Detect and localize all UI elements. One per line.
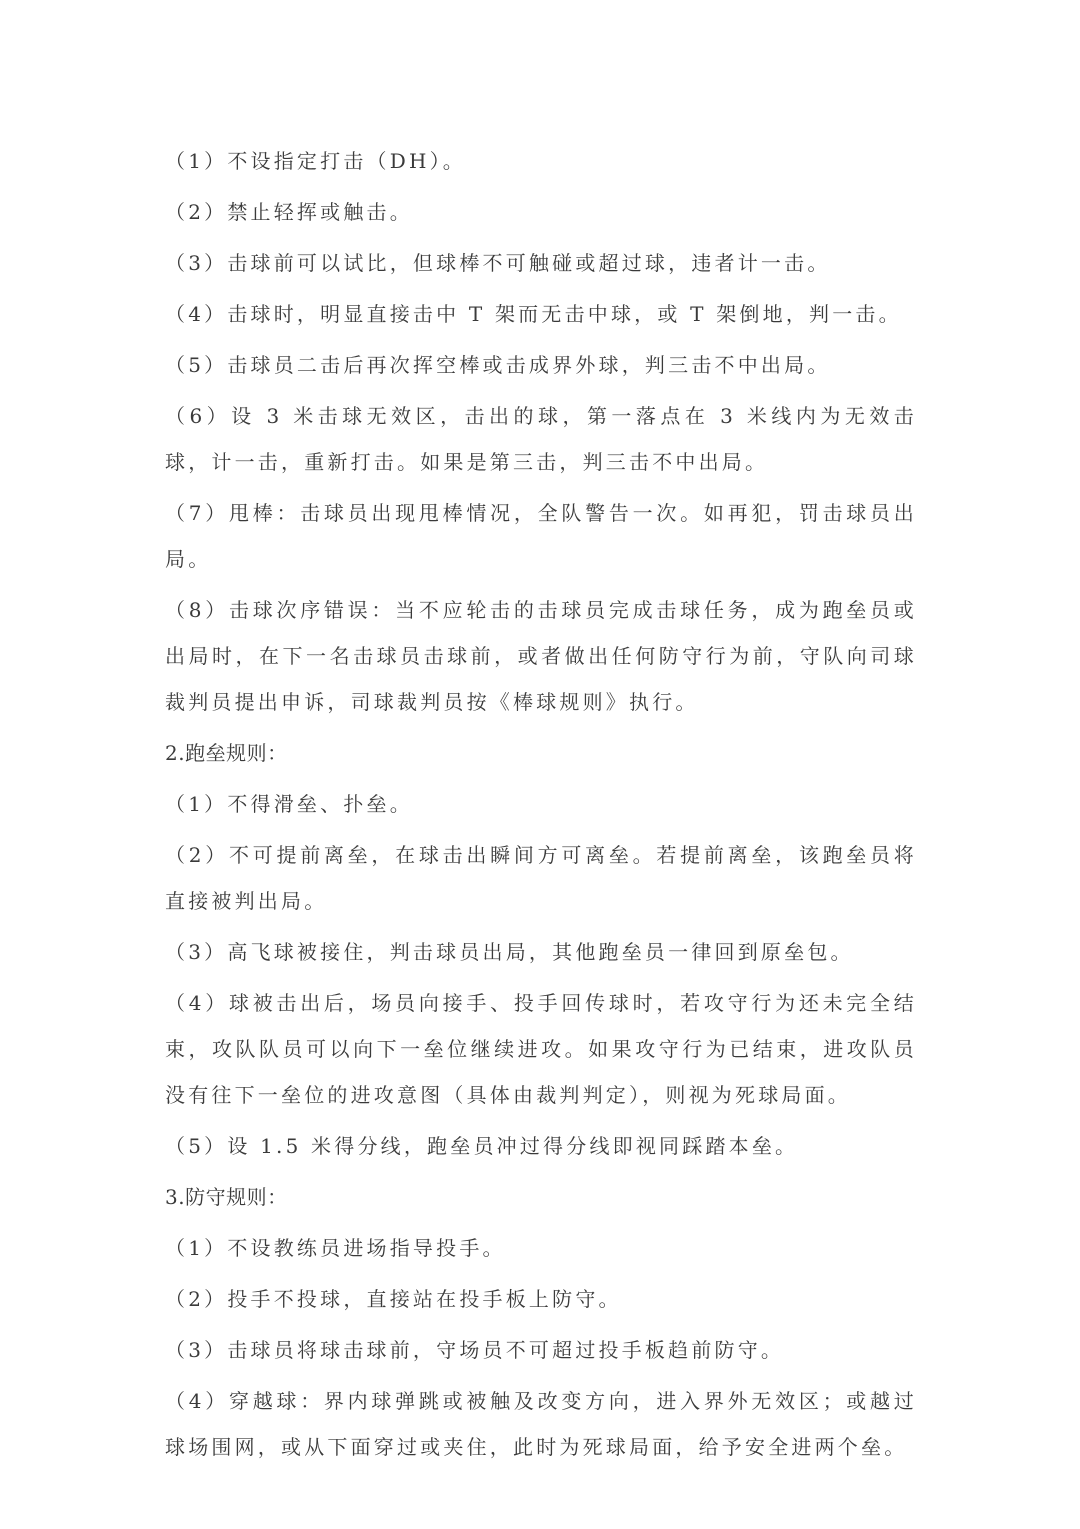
defense-rule-1: （1）不设教练员进场指导投手。 <box>165 1225 917 1271</box>
batting-rule-3: （3）击球前可以试比，但球棒不可触碰或超过球，违者计一击。 <box>165 240 917 286</box>
batting-rule-4: （4）击球时，明显直接击中 T 架而无击中球，或 T 架倒地，判一击。 <box>165 291 917 337</box>
defense-rule-2: （2）投手不投球，直接站在投手板上防守。 <box>165 1276 917 1322</box>
baserunning-rule-2: （2）不可提前离垒，在球击出瞬间方可离垒。若提前离垒，该跑垒员将直接被判出局。 <box>165 832 917 924</box>
batting-rule-2: （2）禁止轻挥或触击。 <box>165 189 917 235</box>
defense-rule-3: （3）击球员将球击球前，守场员不可超过投手板趋前防守。 <box>165 1327 917 1373</box>
baserunning-rule-3: （3）高飞球被接住，判击球员出局，其他跑垒员一律回到原垒包。 <box>165 929 917 975</box>
batting-rule-8: （8）击球次序错误：当不应轮击的击球员完成击球任务，成为跑垒员或出局时，在下一名… <box>165 587 917 725</box>
batting-rule-6: （6）设 3 米击球无效区，击出的球，第一落点在 3 米线内为无效击球，计一击，… <box>165 393 917 485</box>
document-page: （1）不设指定打击（DH）。 （2）禁止轻挥或触击。 （3）击球前可以试比，但球… <box>165 138 917 1475</box>
batting-rule-7: （7）甩棒：击球员出现甩棒情况，全队警告一次。如再犯，罚击球员出局。 <box>165 490 917 582</box>
baserunning-rule-4: （4）球被击出后，场员向接手、投手回传球时，若攻守行为还未完全结束，攻队队员可以… <box>165 980 917 1118</box>
baserunning-rule-5: （5）设 1.5 米得分线，跑垒员冲过得分线即视同踩踏本垒。 <box>165 1123 917 1169</box>
batting-rule-1: （1）不设指定打击（DH）。 <box>165 138 917 184</box>
section-heading-defense: 3.防守规则： <box>165 1174 917 1220</box>
baserunning-rule-1: （1）不得滑垒、扑垒。 <box>165 781 917 827</box>
section-heading-baserunning: 2.跑垒规则： <box>165 730 917 776</box>
batting-rule-5: （5）击球员二击后再次挥空棒或击成界外球，判三击不中出局。 <box>165 342 917 388</box>
defense-rule-4: （4）穿越球：界内球弹跳或被触及改变方向，进入界外无效区；或越过球场围网，或从下… <box>165 1378 917 1470</box>
